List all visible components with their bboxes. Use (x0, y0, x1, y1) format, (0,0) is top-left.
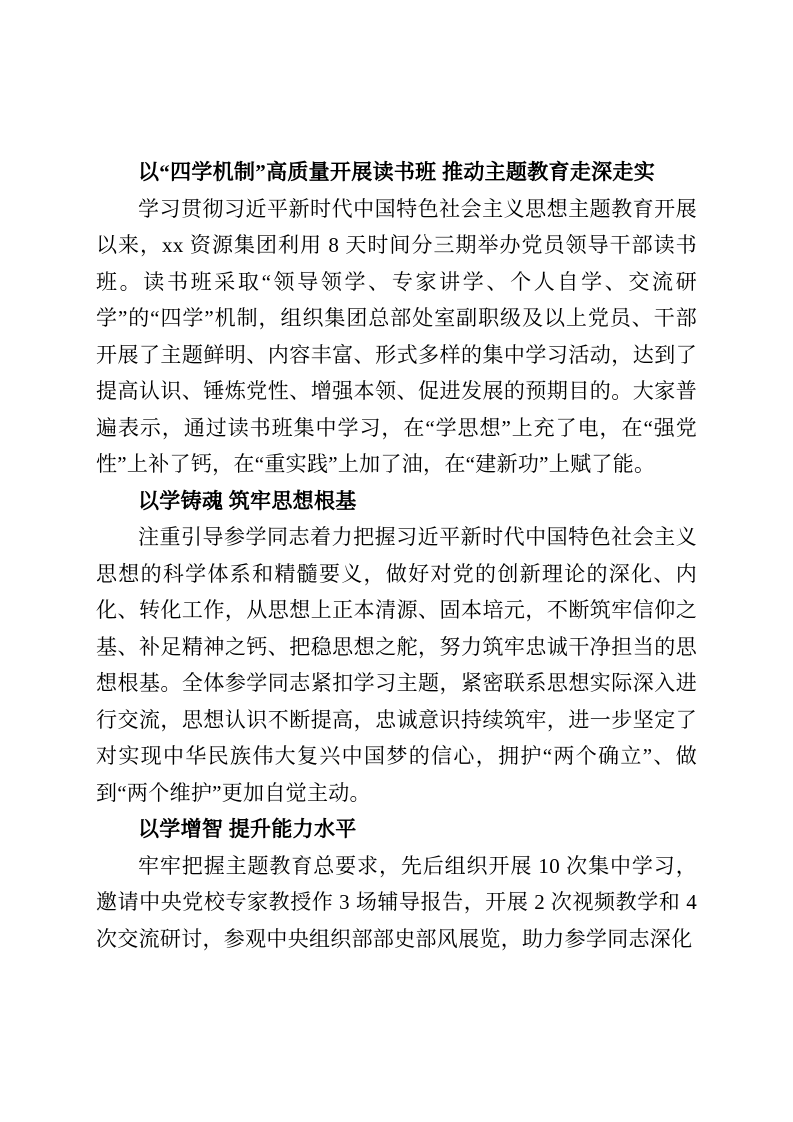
document-content: 以“四学机制”高质量开展读书班 推动主题教育走深走实 学习贯彻习近平新时代中国特… (96, 154, 697, 957)
body-paragraph-laolao: 牢牢把握主题教育总要求，先后组织开展 10 次集中学习，邀请中央党校专家教授作 … (96, 848, 697, 958)
document-page: 以“四学机制”高质量开展读书班 推动主题教育走深走实 学习贯彻习近平新时代中国特… (0, 0, 793, 1122)
body-paragraph-zhuzhong: 注重引导参学同志着力把握习近平新时代中国特色社会主义思想的科学体系和精髓要义，做… (96, 519, 697, 811)
section-heading-yixuezhuhun: 以学铸魂 筑牢思想根基 (96, 483, 697, 520)
document-title: 以“四学机制”高质量开展读书班 推动主题教育走深走实 (96, 154, 697, 191)
section-heading-yixuezengzhi: 以学增智 提升能力水平 (96, 811, 697, 848)
body-paragraph-intro: 学习贯彻习近平新时代中国特色社会主义思想主题教育开展以来，xx 资源集团利用 8… (96, 191, 697, 483)
